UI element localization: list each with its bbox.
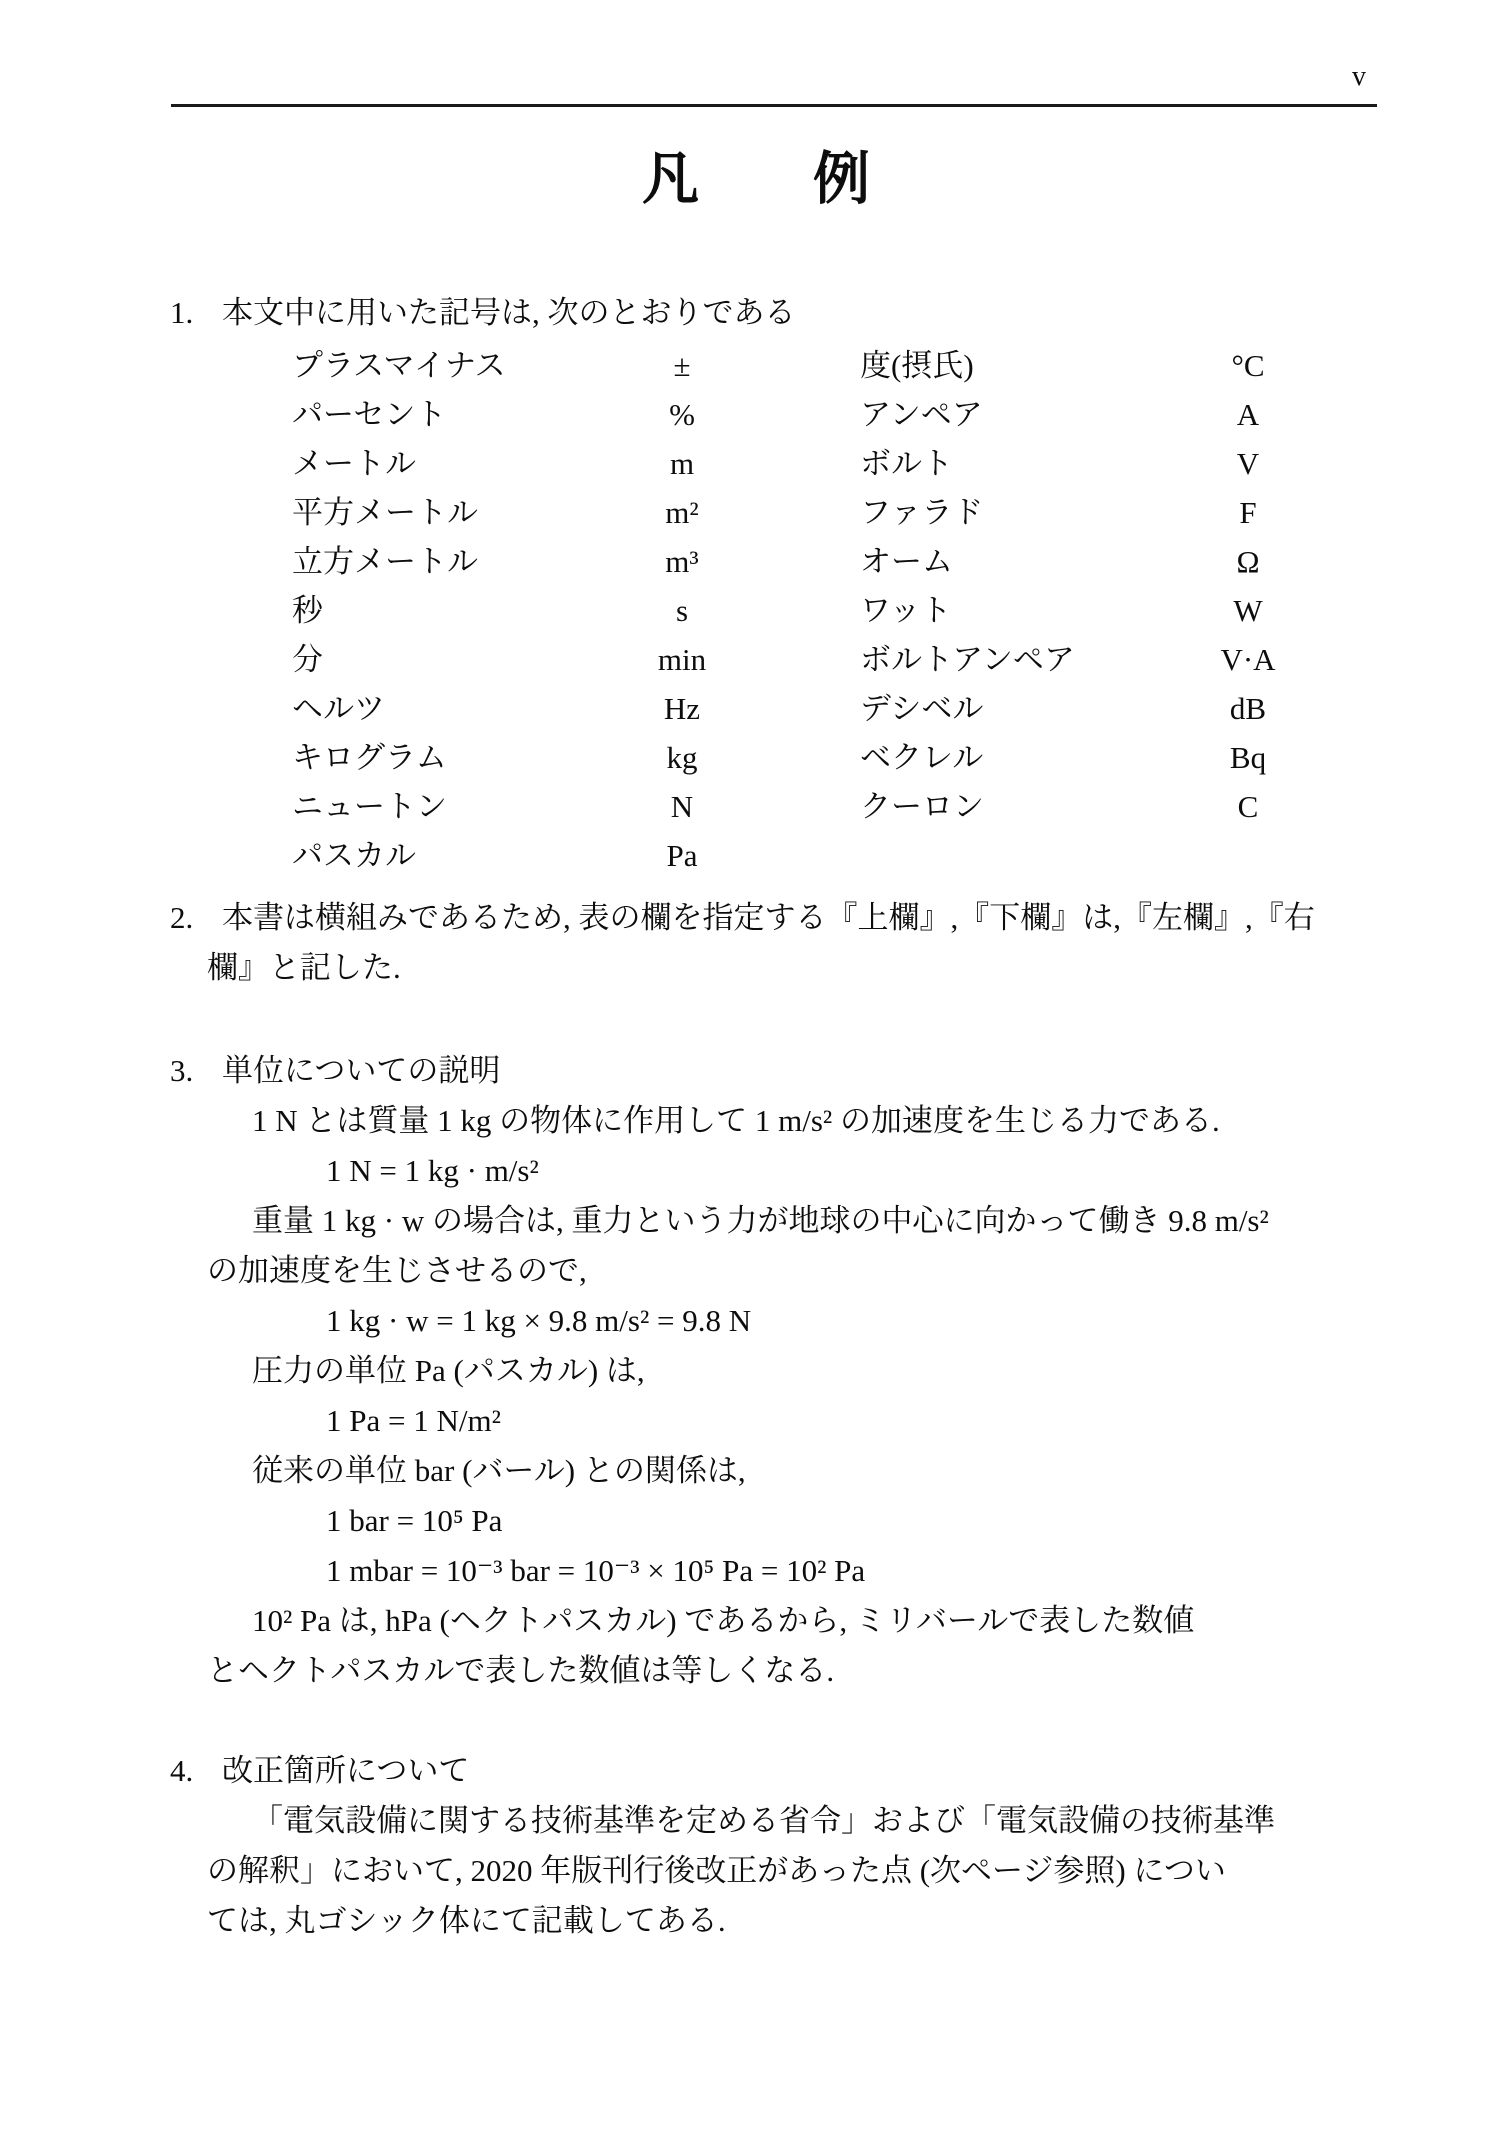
symbol-row: 平方メートル m² ファラド F (0, 488, 1512, 537)
symbol-term: ヘルツ (292, 684, 385, 733)
page-title: 凡 例 (0, 146, 1512, 214)
symbol-table: プラスマイナス ± 度(摂氏) °C パーセント % アンペア A メートル m… (0, 341, 1512, 880)
body-line: 本書は横組みであるため, 表の欄を指定する『上欄』,『下欄』は,『左欄』,『右 (222, 900, 1315, 935)
symbol-term: クーロン (860, 782, 984, 831)
symbol-row: 分 min ボルトアンペア V·A (0, 635, 1512, 684)
symbol-term: ファラド (860, 488, 983, 537)
symbol-term: アンペア (860, 390, 983, 439)
symbol-glyph: W (1168, 586, 1328, 635)
symbol-term: パーセント (292, 390, 446, 439)
body-line: の加速度を生じさせるので, (0, 1246, 1512, 1296)
item-heading: 改正箇所について (222, 1753, 469, 1788)
symbol-term: ワット (860, 586, 951, 635)
body-line: 欄』と記した. (0, 943, 1512, 993)
item-number: 3. (170, 1046, 193, 1096)
body-line: 従来の単位 bar (バール) との関係は, (0, 1446, 1512, 1496)
body-line: 10² Pa は, hPa (ヘクトパスカル) であるから, ミリバールで表した… (0, 1596, 1512, 1646)
symbol-glyph: Ω (1168, 537, 1328, 586)
body-line: の解釈」において, 2020 年版刊行後改正があった点 (次ページ参照) につい (0, 1846, 1512, 1896)
symbol-glyph: m³ (602, 537, 762, 586)
symbol-row: ニュートン N クーロン C (0, 782, 1512, 831)
symbol-term: ベクレル (860, 733, 983, 782)
symbol-glyph: A (1168, 390, 1328, 439)
formula-line: 1 mbar = 10⁻³ bar = 10⁻³ × 10⁵ Pa = 10² … (0, 1546, 1512, 1596)
symbol-glyph: V·A (1168, 635, 1328, 684)
symbol-glyph: ± (602, 341, 762, 390)
body-line: 1 N とは質量 1 kg の物体に作用して 1 m/s² の加速度を生じる力で… (0, 1096, 1512, 1146)
item-heading: 単位についての説明 (222, 1053, 500, 1088)
formula-line: 1 Pa = 1 N/m² (0, 1396, 1512, 1446)
item-heading-row: 1. 本文中に用いた記号は, 次のとおりである (0, 288, 1512, 338)
symbol-term: 立方メートル (292, 537, 478, 586)
symbol-row: パスカル Pa (0, 831, 1512, 880)
symbol-row: パーセント % アンペア A (0, 390, 1512, 439)
item-heading-row: 3. 単位についての説明 (0, 1046, 1512, 1096)
symbol-term: パスカル (292, 831, 416, 880)
symbol-row: 秒 s ワット W (0, 586, 1512, 635)
symbol-term: 平方メートル (292, 488, 478, 537)
symbol-row: ヘルツ Hz デシベル dB (0, 684, 1512, 733)
document-page: v 凡 例 1. 本文中に用いた記号は, 次のとおりである プラスマイナス ± … (0, 0, 1512, 2150)
symbol-glyph: m² (602, 488, 762, 537)
symbol-glyph: kg (602, 733, 762, 782)
symbol-term: 度(摂氏) (860, 341, 974, 390)
symbol-row: メートル m ボルト V (0, 439, 1512, 488)
symbol-glyph: °C (1168, 341, 1328, 390)
item-number: 4. (170, 1746, 193, 1796)
symbol-glyph: Bq (1168, 733, 1328, 782)
symbol-term: 秒 (292, 586, 323, 635)
symbol-row: キログラム kg ベクレル Bq (0, 733, 1512, 782)
symbol-term: ボルトアンペア (860, 635, 1075, 684)
header-rule (171, 104, 1377, 107)
symbol-row: プラスマイナス ± 度(摂氏) °C (0, 341, 1512, 390)
symbol-term: メートル (292, 439, 416, 488)
item-heading-row: 2. 本書は横組みであるため, 表の欄を指定する『上欄』,『下欄』は,『左欄』,… (0, 893, 1512, 943)
formula-line: 1 N = 1 kg · m/s² (0, 1146, 1512, 1196)
list-item-3: 3. 単位についての説明 1 N とは質量 1 kg の物体に作用して 1 m/… (0, 1046, 1512, 1696)
item-number: 2. (170, 893, 193, 943)
page-number: v (1352, 62, 1366, 93)
symbol-glyph: V (1168, 439, 1328, 488)
symbol-glyph: s (602, 586, 762, 635)
item-heading: 本文中に用いた記号は, 次のとおりである (222, 295, 796, 330)
list-item-4: 4. 改正箇所について 「電気設備に関する技術基準を定める省令」および「電気設備… (0, 1746, 1512, 1946)
symbol-term: ボルト (860, 439, 953, 488)
symbol-term: プラスマイナス (292, 341, 506, 390)
symbol-glyph: Pa (602, 831, 762, 880)
list-item-1: 1. 本文中に用いた記号は, 次のとおりである (0, 288, 1512, 338)
symbol-glyph: min (602, 635, 762, 684)
formula-line: 1 bar = 10⁵ Pa (0, 1496, 1512, 1546)
symbol-glyph: m (602, 439, 762, 488)
symbol-glyph: N (602, 782, 762, 831)
symbol-term: キログラム (292, 733, 447, 782)
body-line: 重量 1 kg · w の場合は, 重力という力が地球の中心に向かって働き 9.… (0, 1196, 1512, 1246)
symbol-term: ニュートン (292, 782, 447, 831)
body-line: とヘクトパスカルで表した数値は等しくなる. (0, 1646, 1512, 1696)
body-line: ては, 丸ゴシック体にて記載してある. (0, 1896, 1512, 1946)
list-item-2: 2. 本書は横組みであるため, 表の欄を指定する『上欄』,『下欄』は,『左欄』,… (0, 893, 1512, 993)
body-line: 圧力の単位 Pa (パスカル) は, (0, 1346, 1512, 1396)
symbol-glyph: dB (1168, 684, 1328, 733)
symbol-row: 立方メートル m³ オーム Ω (0, 537, 1512, 586)
body-line: 「電気設備に関する技術基準を定める省令」および「電気設備の技術基準 (0, 1796, 1512, 1846)
symbol-term: デシベル (860, 684, 983, 733)
symbol-term: オーム (860, 537, 953, 586)
symbol-glyph: C (1168, 782, 1328, 831)
formula-line: 1 kg · w = 1 kg × 9.8 m/s² = 9.8 N (0, 1296, 1512, 1346)
symbol-term: 分 (292, 635, 323, 684)
item-number: 1. (170, 288, 193, 338)
symbol-glyph: F (1168, 488, 1328, 537)
item-heading-row: 4. 改正箇所について (0, 1746, 1512, 1796)
symbol-glyph: Hz (602, 684, 762, 733)
symbol-glyph: % (602, 390, 762, 439)
